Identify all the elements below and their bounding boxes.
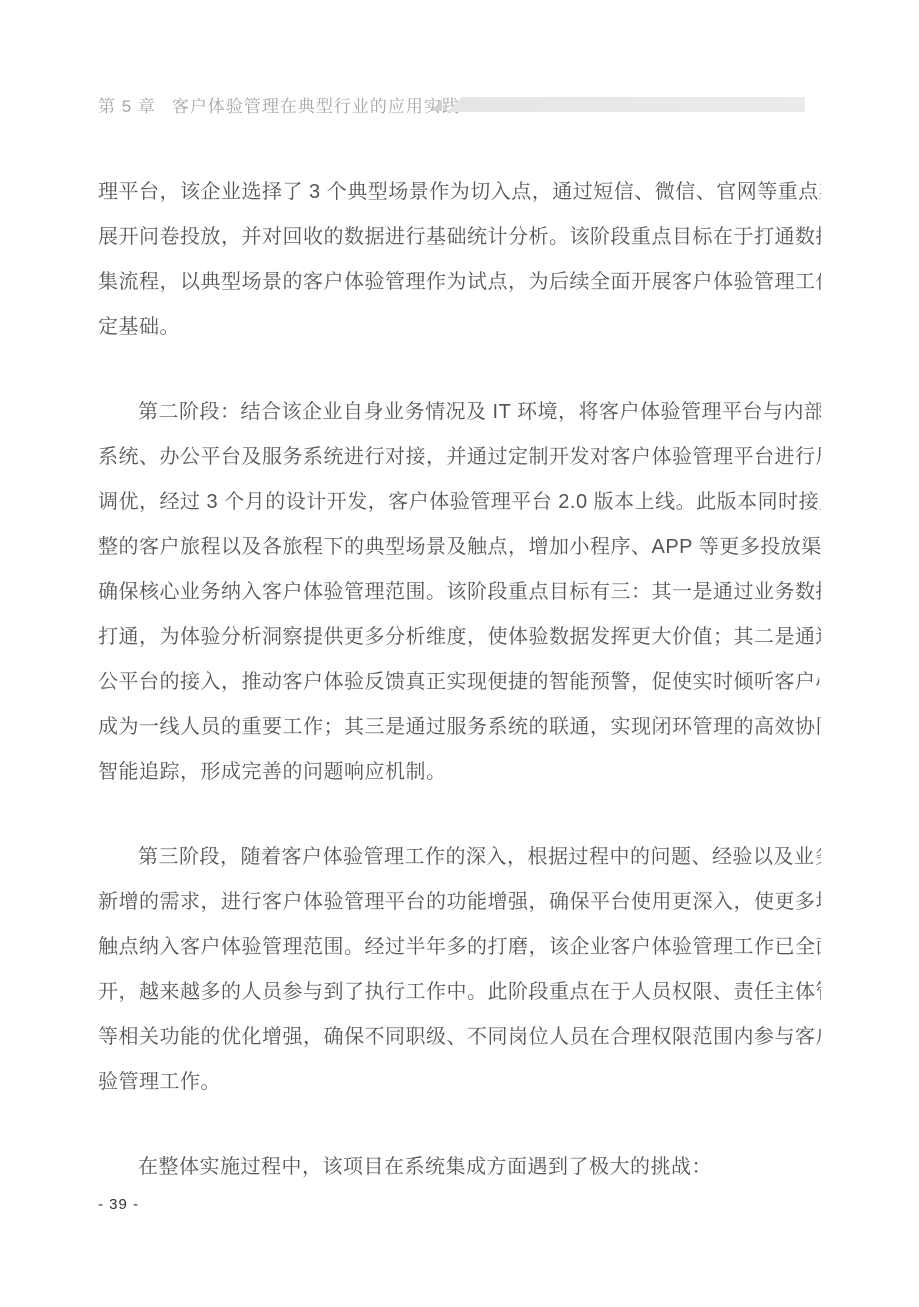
- text-line: 第三阶段，随着客户体验管理工作的深入，根据过程中的问题、经验以及业务中: [98, 835, 821, 880]
- text-line: 验管理工作。: [98, 1060, 821, 1105]
- page-header: 第 5 章客户体验管理在典型行业的应用实践: [98, 92, 821, 114]
- page-number: - 39 -: [98, 1196, 139, 1213]
- chapter-title: 客户体验管理在典型行业的应用实践: [172, 97, 460, 116]
- text-line: 等相关功能的优化增强，确保不同职级、不同岗位人员在合理权限范围内参与客户体: [98, 1015, 821, 1060]
- text-line: 整的客户旅程以及各旅程下的典型场景及触点，增加小程序、APP 等更多投放渠道，: [98, 525, 821, 570]
- text-line: 新增的需求，进行客户体验管理平台的功能增强，确保平台使用更深入，使更多场景、: [98, 880, 821, 925]
- text-line: 开，越来越多的人员参与到了执行工作中。此阶段重点在于人员权限、责任主体管控: [98, 970, 821, 1015]
- page-body: 理平台，该企业选择了 3 个典型场景作为切入点，通过短信、微信、官网等重点渠道展…: [98, 170, 821, 1190]
- text-line: 第二阶段：结合该企业自身业务情况及 IT 环境，将客户体验管理平台与内部业务: [98, 390, 821, 435]
- text-line: 在整体实施过程中，该项目在系统集成方面遇到了极大的挑战：: [98, 1145, 821, 1190]
- paragraph: 第二阶段：结合该企业自身业务情况及 IT 环境，将客户体验管理平台与内部业务系统…: [98, 390, 821, 795]
- text-line: 打通，为体验分析洞察提供更多分析维度，使体验数据发挥更大价值；其二是通过办: [98, 615, 821, 660]
- text-line: 理平台，该企业选择了 3 个典型场景作为切入点，通过短信、微信、官网等重点渠道: [98, 170, 821, 215]
- text-line: 智能追踪，形成完善的问题响应机制。: [98, 750, 821, 795]
- text-line: 公平台的接入，推动客户体验反馈真正实现便捷的智能预警，促使实时倾听客户心声: [98, 660, 821, 705]
- text-line: 系统、办公平台及服务系统进行对接，并通过定制开发对客户体验管理平台进行局部: [98, 435, 821, 480]
- document-page: 第 5 章客户体验管理在典型行业的应用实践 理平台，该企业选择了 3 个典型场景…: [0, 0, 919, 1307]
- paragraph: 第三阶段，随着客户体验管理工作的深入，根据过程中的问题、经验以及业务中新增的需求…: [98, 835, 821, 1105]
- text-line: 触点纳入客户体验管理范围。经过半年多的打磨，该企业客户体验管理工作已全面展: [98, 925, 821, 970]
- chapter-label: 第 5 章: [98, 97, 156, 116]
- text-line: 集流程，以典型场景的客户体验管理作为试点，为后续全面开展客户体验管理工作奠: [98, 260, 821, 305]
- header-decoration-band: [446, 97, 805, 112]
- paragraph: 理平台，该企业选择了 3 个典型场景作为切入点，通过短信、微信、官网等重点渠道展…: [98, 170, 821, 350]
- text-line: 确保核心业务纳入客户体验管理范围。该阶段重点目标有三：其一是通过业务数据的: [98, 570, 821, 615]
- text-line: 定基础。: [98, 305, 821, 350]
- paragraph: 在整体实施过程中，该项目在系统集成方面遇到了极大的挑战：: [98, 1145, 821, 1190]
- text-line: 成为一线人员的重要工作；其三是通过服务系统的联通，实现闭环管理的高效协同、: [98, 705, 821, 750]
- text-line: 展开问卷投放，并对回收的数据进行基础统计分析。该阶段重点目标在于打通数据采: [98, 215, 821, 260]
- page-footer: - 39 -: [98, 1196, 139, 1213]
- text-line: 调优，经过 3 个月的设计开发，客户体验管理平台 2.0 版本上线。此版本同时接…: [98, 480, 821, 525]
